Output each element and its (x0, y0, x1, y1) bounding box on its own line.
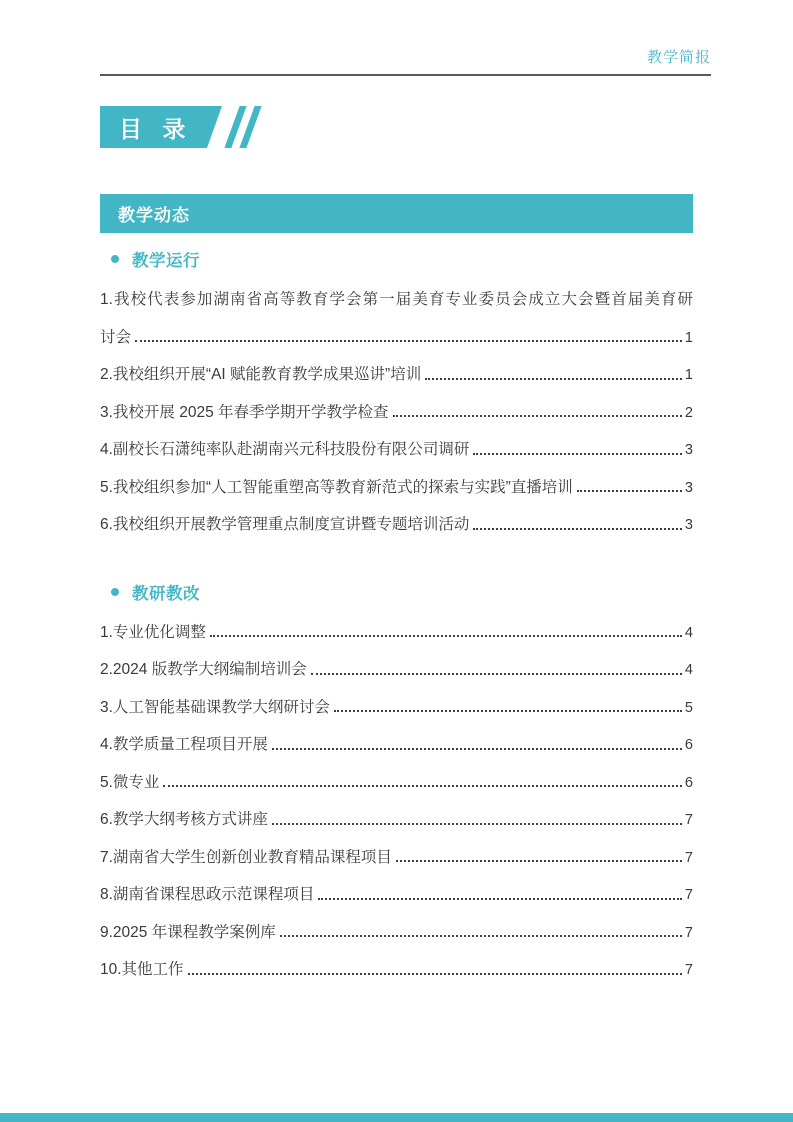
toc-page-number: 6 (685, 737, 693, 754)
toc-page-number: 7 (685, 925, 693, 942)
toc-item-row: 2.2024 版教学大纲编制培训会 4 (100, 662, 693, 679)
toc-dotted-leader (318, 898, 681, 900)
toc-page-number: 3 (685, 442, 693, 459)
toc-item-title: 6.教学大纲考核方式讲座 (100, 812, 268, 829)
toc-dotted-leader (334, 710, 682, 712)
toc-page-number: 4 (685, 662, 693, 679)
group-heading-teaching-research: 教研教改 (100, 580, 693, 604)
group-heading-teaching-operation: 教学运行 (100, 247, 693, 271)
toc-item-title: 5.微专业 (100, 775, 159, 792)
toc-item-row: 8.湖南省课程思政示范课程项目 7 (100, 887, 693, 904)
toc-item-title: 4.教学质量工程项目开展 (100, 737, 268, 754)
bullet-icon (111, 588, 119, 596)
toc-item-title: 10.其他工作 (100, 962, 184, 979)
toc-title-text: 目 录 (119, 111, 192, 144)
toc-dotted-leader (272, 748, 682, 750)
toc-item-row: 5.我校组织参加“人工智能重塑高等教育新范式的探索与实践”直播培训 3 (100, 480, 693, 497)
toc-list: 1.专业优化调整 4 2.2024 版教学大纲编制培训会 4 3.人工智能基础课… (100, 625, 693, 979)
toc-item[interactable]: 2.我校组织开展“AI 赋能教育教学成果巡讲”培训 1 (100, 367, 693, 384)
toc-page-number: 1 (685, 367, 693, 384)
section-banner: 教学动态 (100, 194, 693, 233)
toc-item[interactable]: 6.教学大纲考核方式讲座 7 (100, 812, 693, 829)
toc-item-row: 6.教学大纲考核方式讲座 7 (100, 812, 693, 829)
toc-item-title: 3.我校开展 2025 年春季学期开学教学检查 (100, 405, 389, 422)
toc-item-title: 4.副校长石潇纯率队赴湖南兴元科技股份有限公司调研 (100, 442, 469, 459)
toc-item-row: 3.我校开展 2025 年春季学期开学教学检查 2 (100, 405, 693, 422)
toc-dotted-leader (135, 340, 682, 342)
toc-page-number: 7 (685, 850, 693, 867)
toc-item[interactable]: 5.我校组织参加“人工智能重塑高等教育新范式的探索与实践”直播培训 3 (100, 480, 693, 497)
toc-item[interactable]: 5.微专业 6 (100, 775, 693, 792)
toc-item[interactable]: 1.我校代表参加湖南省高等教育学会第一届美育专业委员会成立大会暨首届美育研 讨会… (100, 292, 693, 346)
toc-dotted-leader (311, 673, 682, 675)
footer-accent-bar (0, 1113, 793, 1122)
toc-item[interactable]: 4.教学质量工程项目开展 6 (100, 737, 693, 754)
toc-item[interactable]: 3.人工智能基础课教学大纲研讨会 5 (100, 700, 693, 717)
toc-title-box: 目 录 (100, 106, 222, 148)
toc-dotted-leader (473, 528, 681, 530)
toc-page-number: 7 (685, 887, 693, 904)
toc-item-row: 3.人工智能基础课教学大纲研讨会 5 (100, 700, 693, 717)
toc-item-title: 3.人工智能基础课教学大纲研讨会 (100, 700, 330, 717)
toc-item-title: 8.湖南省课程思政示范课程项目 (100, 887, 314, 904)
header-label: 教学简报 (647, 46, 711, 67)
toc-item-row: 10.其他工作 7 (100, 962, 693, 979)
toc-page-number: 7 (685, 962, 693, 979)
toc-item-row: 5.微专业 6 (100, 775, 693, 792)
toc-item-title: 9.2025 年课程教学案例库 (100, 925, 276, 942)
toc-page-number: 1 (685, 330, 693, 347)
toc-item-title: 2.我校组织开展“AI 赋能教育教学成果巡讲”培训 (100, 367, 421, 384)
toc-dotted-leader (163, 785, 681, 787)
toc-item-title: 6.我校组织开展教学管理重点制度宣讲暨专题培训活动 (100, 517, 469, 534)
toc-item-row: 7.湖南省大学生创新创业教育精品课程项目 7 (100, 850, 693, 867)
bullet-icon (111, 255, 119, 263)
toc-item-title: 讨会 (100, 330, 131, 347)
toc-page-number: 5 (685, 700, 693, 717)
toc-item[interactable]: 1.专业优化调整 4 (100, 625, 693, 642)
toc-dotted-leader (393, 415, 682, 417)
toc-page-number: 3 (685, 480, 693, 497)
toc-page-number: 7 (685, 812, 693, 829)
page-header: 教学简报 (100, 46, 711, 76)
section-banner-text: 教学动态 (118, 201, 190, 226)
toc-item-title: 5.我校组织参加“人工智能重塑高等教育新范式的探索与实践”直播培训 (100, 480, 573, 497)
toc-item[interactable]: 8.湖南省课程思政示范课程项目 7 (100, 887, 693, 904)
toc-dotted-leader (210, 635, 682, 637)
toc-item-row: 4.教学质量工程项目开展 6 (100, 737, 693, 754)
toc-dotted-leader (473, 453, 681, 455)
toc-dotted-leader (577, 490, 682, 492)
toc-item-row: 4.副校长石潇纯率队赴湖南兴元科技股份有限公司调研 3 (100, 442, 693, 459)
toc-page-number: 3 (685, 517, 693, 534)
toc-dotted-leader (280, 935, 682, 937)
toc-item[interactable]: 2.2024 版教学大纲编制培训会 4 (100, 662, 693, 679)
toc-item[interactable]: 9.2025 年课程教学案例库 7 (100, 925, 693, 942)
toc-item-title: 7.湖南省大学生创新创业教育精品课程项目 (100, 850, 392, 867)
toc-item[interactable]: 3.我校开展 2025 年春季学期开学教学检查 2 (100, 405, 693, 422)
toc-item-title: 1.专业优化调整 (100, 625, 206, 642)
toc-dotted-leader (425, 378, 682, 380)
toc-page-number: 2 (685, 405, 693, 422)
group-heading-text: 教研教改 (132, 580, 200, 604)
toc-page-number: 4 (685, 625, 693, 642)
toc-item[interactable]: 10.其他工作 7 (100, 962, 693, 979)
toc-item[interactable]: 4.副校长石潇纯率队赴湖南兴元科技股份有限公司调研 3 (100, 442, 693, 459)
toc-item-row: 6.我校组织开展教学管理重点制度宣讲暨专题培训活动 3 (100, 517, 693, 534)
toc-list: 1.我校代表参加湖南省高等教育学会第一届美育专业委员会成立大会暨首届美育研 讨会… (100, 292, 693, 534)
toc-page-number: 6 (685, 775, 693, 792)
toc-dotted-leader (188, 973, 682, 975)
document-page: 教学简报 目 录 教学动态 教学运行 1.我校代表参加湖南省高等教育学会第一届美… (0, 0, 793, 1122)
toc-item[interactable]: 6.我校组织开展教学管理重点制度宣讲暨专题培训活动 3 (100, 517, 693, 534)
toc-item[interactable]: 7.湖南省大学生创新创业教育精品课程项目 7 (100, 850, 693, 867)
toc-title-block: 目 录 (100, 106, 693, 148)
toc-item-row: 讨会 1 (100, 330, 693, 347)
toc-item-row: 9.2025 年课程教学案例库 7 (100, 925, 693, 942)
group-heading-text: 教学运行 (132, 247, 200, 271)
toc-item-title-wrap: 1.我校代表参加湖南省高等教育学会第一届美育专业委员会成立大会暨首届美育研 (100, 292, 693, 309)
toc-item-row: 2.我校组织开展“AI 赋能教育教学成果巡讲”培训 1 (100, 367, 693, 384)
toc-item-row: 1.专业优化调整 4 (100, 625, 693, 642)
toc-dotted-leader (272, 823, 682, 825)
toc-dotted-leader (396, 860, 682, 862)
toc-item-title: 2.2024 版教学大纲编制培训会 (100, 662, 307, 679)
